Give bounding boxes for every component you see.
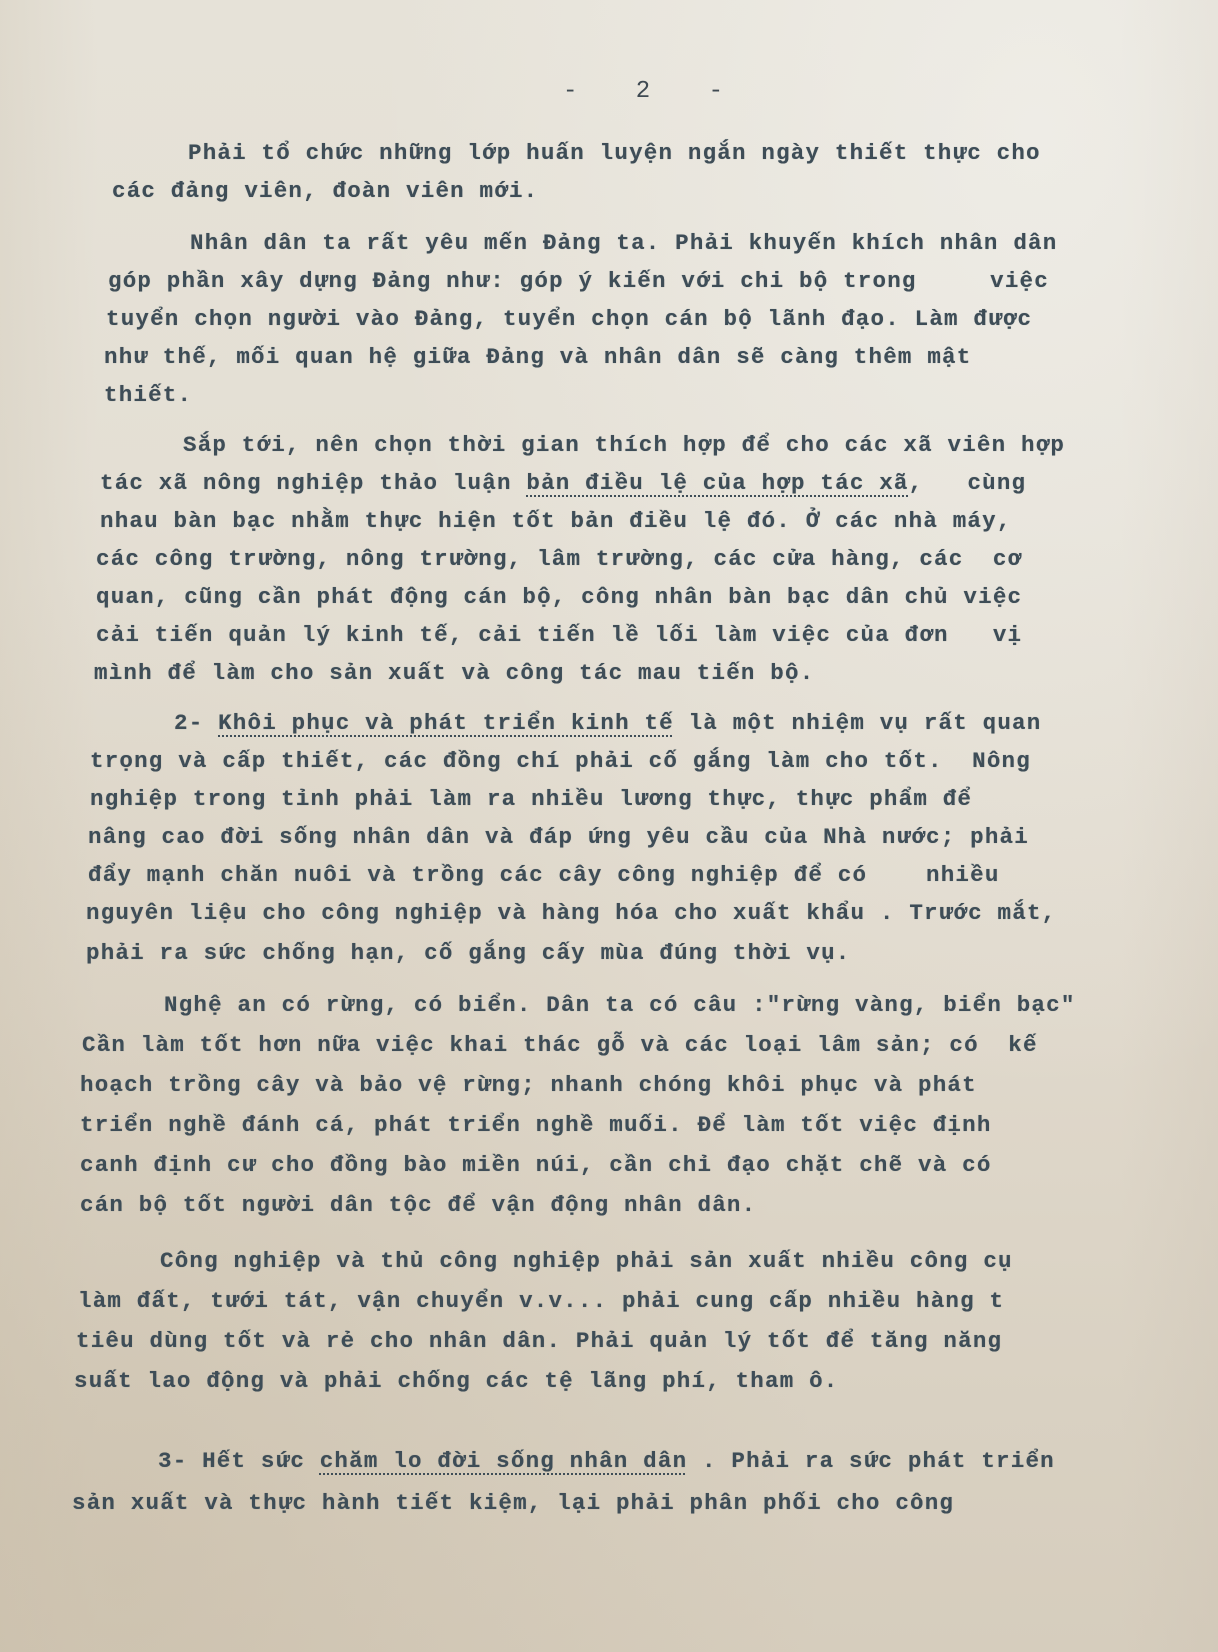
text-line: đẩy mạnh chăn nuôi và trồng các cây công… [88,862,1000,888]
text-line: tác xã nông nghiệp thảo luận bản điều lệ… [100,470,1026,496]
text-line: cán bộ tốt người dân tộc để vận động nhâ… [80,1192,756,1218]
text-line: canh định cư cho đồng bào miền núi, cần … [80,1152,992,1178]
text-line: nghiệp trong tỉnh phải làm ra nhiều lươn… [90,786,972,812]
text-run: 2- [174,710,218,736]
page-number: - 2 - [0,78,1218,105]
text-line: phải ra sức chống hạn, cố gắng cấy mùa đ… [86,940,851,966]
text-line: nguyên liệu cho công nghiệp và hàng hóa … [86,900,1056,926]
text-line: nâng cao đời sống nhân dân và đáp ứng yê… [88,824,1029,850]
text-line: làm đất, tưới tát, vận chuyển v.v... phả… [78,1288,1004,1314]
text-line: hoạch trồng cây và bảo vệ rừng; nhanh ch… [80,1072,977,1098]
text-run: tác xã nông nghiệp thảo luận [100,470,526,496]
text-run: . Phải ra sức phát triển [687,1448,1055,1474]
text-line: như thế, mối quan hệ giữa Đảng và nhân d… [104,344,971,370]
text-line: triển nghề đánh cá, phát triển nghề muối… [80,1112,992,1138]
text-line: Cần làm tốt hơn nữa việc khai thác gỗ và… [82,1032,1038,1058]
text-line: sản xuất và thực hành tiết kiệm, lại phả… [72,1490,954,1516]
text-line: Sắp tới, nên chọn thời gian thích hợp để… [183,432,1065,458]
text-line: các công trường, nông trường, lâm trường… [96,546,1022,572]
underlined-phrase: chăm lo đời sống nhân dân [320,1448,688,1474]
text-line: suất lao động và phải chống các tệ lãng … [74,1368,839,1394]
text-line: trọng và cấp thiết, các đồng chí phải cố… [90,748,1031,774]
text-line: góp phần xây dựng Đảng như: góp ý kiến v… [108,268,1049,294]
underlined-phrase: bản điều lệ của hợp tác xã [526,470,908,496]
text-line: thiết. [104,382,192,408]
text-line: Công nghiệp và thủ công nghiệp phải sản … [160,1248,1013,1274]
text-line: tiêu dùng tốt và rẻ cho nhân dân. Phải q… [76,1328,1002,1354]
text-line: mình để làm cho sản xuất và công tác mau… [94,660,814,686]
text-line: 3- Hết sức chăm lo đời sống nhân dân . P… [158,1448,1055,1474]
text-run: là một nhiệm vụ rất quan [674,710,1042,736]
text-line: cải tiến quản lý kinh tế, cải tiến lề lố… [96,622,1022,648]
text-line: các đảng viên, đoàn viên mới. [112,178,538,204]
text-line: tuyển chọn người vào Đảng, tuyển chọn cá… [106,306,1032,332]
text-line: Nhân dân ta rất yêu mến Đảng ta. Phải kh… [190,230,1057,256]
text-line: quan, cũng cần phát động cán bộ, công nh… [96,584,1022,610]
text-line: Nghệ an có rừng, có biển. Dân ta có câu … [164,992,1076,1018]
underlined-phrase: Khôi phục và phát triển kinh tế [218,710,674,736]
text-line: 2- Khôi phục và phát triển kinh tế là mộ… [174,710,1041,736]
text-line: nhau bàn bạc nhằm thực hiện tốt bản điều… [100,508,1012,534]
text-line: Phải tổ chức những lớp huấn luyện ngắn n… [188,140,1041,166]
text-run: , cùng [909,470,1027,496]
text-run: 3- Hết sức [158,1448,320,1474]
